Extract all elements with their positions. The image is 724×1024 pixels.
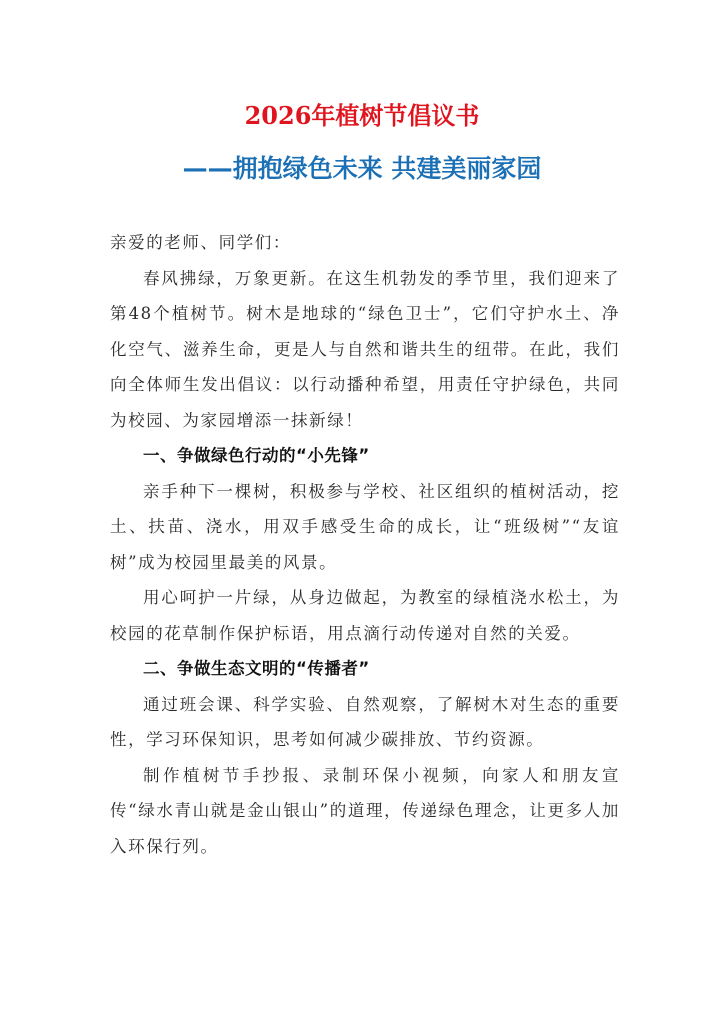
section-1-paragraph-1: 亲手种下一棵树，积极参与学校、社区组织的植树活动，挖土、扶苗、浇水，用双手感受生… — [110, 474, 620, 581]
intro-paragraph: 春风拂绿，万象更新。在这生机勃发的季节里，我们迎来了第48个植树节。树木是地球的… — [110, 261, 620, 439]
section-2-paragraph-1: 通过班会课、科学实验、自然观察，了解树木对生态的重要性，学习环保知识，思考如何减… — [110, 687, 620, 758]
section-1-paragraph-2: 用心呵护一片绿，从身边做起，为教室的绿植浇水松土，为校园的花草制作保护标语，用点… — [110, 580, 620, 651]
document-page: 2026年植树节倡议书 ——拥抱绿色未来 共建美丽家园 亲爱的老师、同学们： 春… — [0, 0, 724, 1024]
section-2-paragraph-2: 制作植树节手抄报、录制环保小视频，向家人和朋友宣传“绿水青山就是金山银山”的道理… — [110, 758, 620, 865]
document-subtitle: ——拥抱绿色未来 共建美丽家园 — [0, 152, 724, 186]
section-heading-2: 二、争做生态文明的“传播者” — [110, 651, 620, 687]
section-heading-1: 一、争做绿色行动的“小先锋” — [110, 438, 620, 474]
salutation: 亲爱的老师、同学们： — [110, 225, 620, 261]
document-body: 亲爱的老师、同学们： 春风拂绿，万象更新。在这生机勃发的季节里，我们迎来了第48… — [110, 225, 620, 864]
document-title: 2026年植树节倡议书 — [0, 100, 724, 132]
